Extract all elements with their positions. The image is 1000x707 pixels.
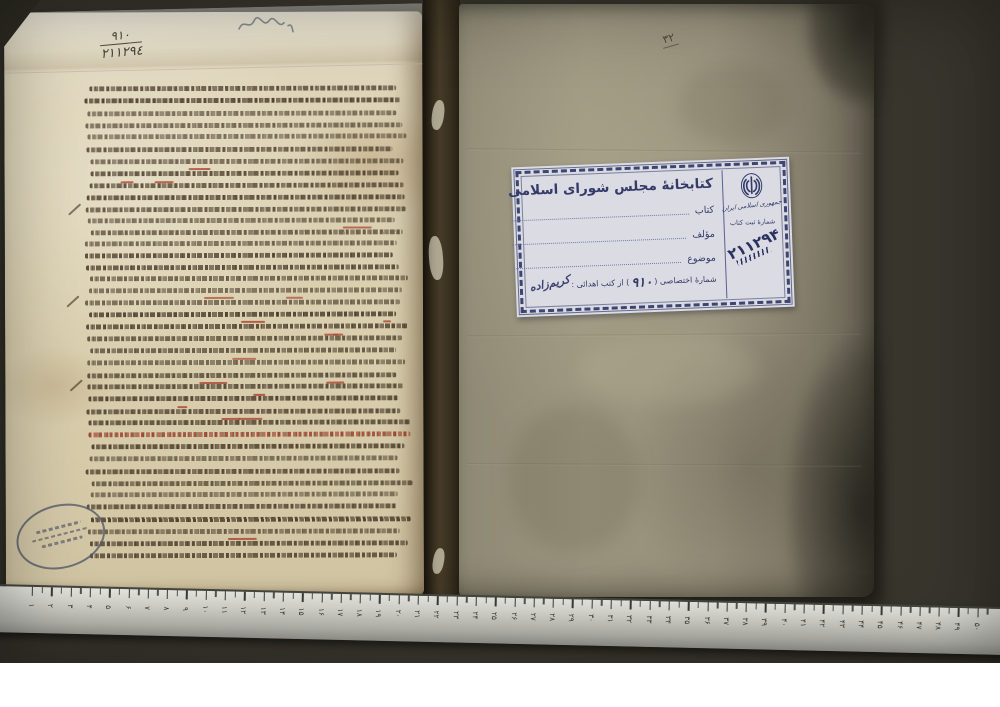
ruler-tick-major [533,598,535,607]
ruler-number: ۴۷ [914,617,923,633]
ruler-tick-major [244,592,246,601]
ruler-tick-major [823,605,825,614]
special-number-suffix: ) از کتب اهدائی : [571,278,629,289]
ruler-tick-minor [331,594,333,600]
manuscript-text-line [90,183,403,189]
ruler-tick-major [688,602,690,611]
manuscript-text-line [89,287,402,293]
special-number-handwritten: ۹۱۰ [631,275,653,291]
ruler-number: ۲۱ [413,606,422,622]
field-label-subject: موضوع [687,253,716,265]
ruler-tick-minor [138,589,140,595]
ruler-tick-minor [871,606,873,612]
rubrication-mark [327,381,345,383]
pencil-scribble [236,14,310,36]
ruler-tick-minor [543,599,545,605]
ruler-number: ۱ [27,597,36,613]
ruler-number: ۳۰ [586,610,595,626]
library-bookplate: جمهوری اسلامی ایران شمارۀ ثبت کتاب ۲۱۱۲۹… [511,157,795,318]
cover-stain [579,334,759,404]
manuscript-text-line [89,85,396,91]
ruler-tick-major [611,600,613,609]
ruler-tick-major [205,591,207,600]
ruler-number: ۴۴ [857,616,866,632]
ruler-tick-minor [196,591,198,597]
ruler-tick-major [32,587,34,596]
ruler-tick-major [456,597,458,606]
manuscript-text-line [86,323,407,329]
manuscript-text-line [88,134,407,140]
ruler-number: ۳۶ [702,613,711,629]
special-number-line: شمارۀ اختصاصی ( ۹۱۰ ) از کتب اهدائی : کر… [511,272,716,295]
manuscript-text-line [90,492,397,498]
dotted-fill-line [513,261,681,269]
ruler-number: ۸ [162,600,171,616]
cover-stain [679,64,789,144]
spine-paper-scrap [431,547,446,575]
register-number-caption: شمارۀ ثبت کتاب [730,217,775,227]
rubrication-mark [241,321,265,323]
ruler-number: ۵ [104,599,113,615]
ruler-number: ۲۷ [529,609,538,625]
ruler-number: ۲۴ [471,607,480,623]
ruler-tick-minor [447,596,449,602]
ruler-tick-minor [582,599,584,605]
ruler-number: ۳۱ [606,610,615,626]
ruler-tick-major [340,594,342,603]
ruler-tick-minor [312,593,314,599]
ruler-number: ۴۳ [837,616,846,632]
ruler-number: ۱۰ [200,601,209,617]
spine-paper-scrap [430,99,446,130]
manuscript-text-line [90,348,396,354]
field-label-author: مؤلف [692,229,715,241]
ruler-tick-minor [948,608,950,614]
field-row-author: مؤلف [510,228,715,248]
ruler-number: ۴۹ [953,618,962,634]
donor-name-handwritten: کریم‌زاده [528,273,571,294]
ruler-number: ۳۳ [644,611,653,627]
ruler-tick-minor [292,593,294,599]
manuscript-text-line [92,480,413,486]
ruler-tick-minor [427,596,429,602]
ruler-tick-minor [254,592,256,598]
ruler-number: ۳۲ [625,611,634,627]
ruler-tick-minor [369,595,371,601]
library-stamp [9,494,112,578]
manuscript-text-line [90,552,396,558]
ruler-tick-major [225,591,227,600]
library-title: کتابخانۀ مجلس شورای اسلامی [508,176,713,200]
ruler-tick-major [109,589,111,598]
manuscript-text-line [90,170,398,176]
ruler-tick-minor [408,595,410,601]
ruler-tick-major [553,599,555,608]
manuscript-text-line [87,360,404,366]
ruler-tick-major [804,604,806,613]
ruler-tick-minor [119,589,121,595]
ruler-tick-major [649,601,651,610]
manuscript-text-line [86,206,405,212]
manuscript-text-line [88,528,400,534]
ruler-tick-minor [234,592,236,598]
handwritten-shelf-numbers: ٩١٠ ٢١١٢٩٤ [99,26,144,63]
bookplate-content: جمهوری اسلامی ایران شمارۀ ثبت کتاب ۲۱۱۲۹… [523,168,784,306]
ruler-tick-minor [987,609,989,615]
ruler-number: ۳۴ [664,612,673,628]
ruler-number: ۳۵ [683,612,692,628]
ruler-tick-minor [794,604,796,610]
manuscript-text-line [85,299,400,305]
ruler-number: ۶ [123,599,132,615]
ruler-tick-major [148,590,150,599]
ruler-tick-minor [755,603,757,609]
ruler-number: ۴۵ [876,617,885,633]
manuscript-text-line [90,540,409,546]
ruler-tick-minor [80,588,82,594]
ruler-tick-minor [620,600,622,606]
ruler-tick-minor [61,588,63,594]
manuscript-text-line [88,384,403,390]
manuscript-text-line [89,311,396,317]
ruler-tick-major [495,597,497,606]
ruler-tick-minor [177,590,179,596]
ruler-number: ۷ [143,600,152,616]
ruler-tick-major [939,607,941,616]
cover-crease [467,148,861,153]
ruler-number: ۴ [85,599,94,615]
cover-damage-top-right [784,0,884,136]
marginal-note [68,203,81,215]
manuscript-text-line [85,241,397,247]
ruler-tick-minor [678,602,680,608]
ruler-number: ۱۷ [336,604,345,620]
manuscript-text-line [88,372,397,378]
field-label-book: کتاب [695,205,715,217]
rubrication-mark [199,382,227,384]
handwritten-cover-number: ٣٢ [659,30,678,49]
marginal-note [66,295,79,307]
country-name: جمهوری اسلامی ایران [722,197,782,213]
ruler-tick-minor [890,606,892,612]
manuscript-text-line [87,504,397,510]
ruler-number: ۴۰ [779,614,788,630]
manuscript-page: ٩١٠ ٢١١٢٩٤ [4,11,424,596]
ruler-tick-minor [485,597,487,603]
ruler-tick-major [437,596,439,605]
manuscript-text-line [87,110,396,116]
ruler-tick-minor [157,590,159,596]
ruler-tick-minor [41,587,43,593]
ruler-tick-minor [833,605,835,611]
manuscript-text-line [91,516,410,522]
ruler-tick-major [784,604,786,613]
ruler-tick-major [630,600,632,609]
rubrication-mark [343,227,372,229]
ruler-number: ۳۷ [721,613,730,629]
ruler-tick-major [167,590,169,599]
ruler-number: ۴۶ [895,617,904,633]
dotted-fill-line [512,237,686,246]
manuscript-text-line [89,419,411,425]
ruler-tick-minor [929,607,931,613]
ruler-number: ۱۸ [355,605,364,621]
ruler-tick-major [726,603,728,612]
ruler-number: ۲۸ [548,609,557,625]
ruler-tick-minor [697,602,699,608]
rubrication-mark [286,297,302,299]
ruler-tick-major [881,606,883,615]
rubrication-mark [239,417,262,419]
ruler-tick-major [51,587,53,596]
ruler-tick-major [572,599,574,608]
manuscript-text-line [88,218,395,224]
manuscript-text-line [86,468,400,474]
ruler-number: ۱۵ [297,603,306,619]
ruler-number: ۱۶ [316,604,325,620]
ruler-number: ۱۹ [374,605,383,621]
rubrication-mark [233,358,256,360]
manuscript-text-line [85,252,393,258]
manuscript-text-line [87,336,402,342]
ruler-tick-minor [910,607,912,613]
ruler-tick-minor [350,594,352,600]
ruler-tick-minor [775,604,777,610]
ruler-number: ۱۲ [239,602,248,618]
ruler-tick-major [418,596,420,605]
ruler-tick-major [919,607,921,616]
ruler-tick-minor [99,588,101,594]
manuscript-text-line [90,229,402,235]
ruler-tick-major [90,588,92,597]
ruler-tick-major [283,593,285,602]
rubrication-mark [155,181,173,183]
ruler-tick-major [263,592,265,601]
rubrication-mark [228,538,256,540]
ruler-number: ۳۸ [741,614,750,630]
ruler-tick-minor [601,600,603,606]
bookplate-main-column: کتابخانۀ مجلس شورای اسلامی کتاب مؤلف موض… [502,170,727,306]
manuscript-text-line [85,122,402,128]
manuscript-text-line [86,408,400,414]
ruler-tick-minor [659,601,661,607]
manuscript-text-line [85,97,401,103]
ruler-tick-minor [505,598,507,604]
ruler-tick-major [321,593,323,602]
ruler-tick-major [746,603,748,612]
field-row-subject: موضوع [511,252,716,272]
manuscript-text-line [87,194,405,200]
ruler-number: ۳ [65,598,74,614]
stamp-oval-border [9,494,112,578]
accession-number: ٢١١٢٩٤ [100,41,143,63]
manuscript-photo: ٩١٠ ٢١١٢٩٤ ٣٢ [0,0,1000,663]
ruler-tick-major [128,589,130,598]
ruler-tick-major [476,597,478,606]
manuscript-text-block [84,85,408,558]
manuscript-text-line [86,146,392,152]
field-row-book: کتاب [509,204,714,224]
ruler-tick-major [977,608,979,617]
ruler-tick-minor [852,606,854,612]
manuscript-text-line [88,395,398,401]
ruler-tick-major [591,600,593,609]
book-spine [423,0,460,601]
ruler-number: ۲۰ [393,606,402,622]
ruler-number: ۱۳ [258,603,267,619]
ruler-tick-major [958,608,960,617]
manuscript-text-line [91,158,404,164]
ruler-tick-minor [524,598,526,604]
ruler-number: ۲۳ [451,607,460,623]
ruler-tick-major [765,604,767,613]
ruler-tick-major [707,602,709,611]
manuscript-text-line [86,264,399,270]
rubrication-mark [204,297,234,299]
ruler-tick-minor [215,591,217,597]
ruler-tick-major [861,606,863,615]
ruler-tick-major [842,605,844,614]
manuscript-text-line [90,275,408,281]
ruler-number: ۵۰ [972,619,981,635]
cover-stain [509,404,639,554]
page-fold-crease [4,3,422,73]
manuscript-text-line [88,432,410,438]
ruler-tick-major [186,590,188,599]
ruler-tick-major [900,607,902,616]
ruler-number: ۲۹ [567,610,576,626]
manuscript-text-line [89,456,397,462]
spine-paper-scrap [427,236,444,281]
rubrication-mark [177,406,187,408]
rubrication-mark [324,333,338,335]
ruler-tick-major [398,595,400,604]
rubrication-mark [188,168,210,170]
ruler-number: ۴۱ [799,615,808,631]
ruler-number: ۴۸ [934,618,943,634]
rubrication-mark [253,393,265,395]
rubrication-mark [221,417,240,419]
ruler-tick-major [514,598,516,607]
rubrication-mark [121,181,134,183]
rubrication-mark [383,321,391,323]
ruler-tick-minor [717,602,719,608]
ruler-tick-major [70,588,72,597]
special-number-prefix: شمارۀ اختصاصی ( [654,275,717,286]
iran-emblem-icon [739,172,763,200]
ruler-number: ۲۲ [432,606,441,622]
ruler-tick-minor [273,592,275,598]
ruler-number: ۲۵ [490,608,499,624]
manuscript-text-line [91,444,404,450]
ruler-tick-major [302,593,304,602]
book-cover: ٣٢ [459,4,874,597]
marginal-note [70,379,83,391]
ruler-number: ۱۱ [220,602,229,618]
ruler-number: ۲ [46,598,55,614]
ruler-number: ۳۹ [760,614,769,630]
ruler-tick-minor [389,595,391,601]
ruler-tick-minor [466,597,468,603]
ruler-tick-minor [813,605,815,611]
ruler-tick-minor [736,603,738,609]
ruler-tick-minor [968,608,970,614]
ruler-number: ۲۶ [509,608,518,624]
ruler-tick-major [668,601,670,610]
ruler-tick-minor [640,601,642,607]
ruler-tick-major [360,594,362,603]
ruler-tick-minor [562,599,564,605]
ruler-number: ۹ [181,601,190,617]
ruler-number: ۴۲ [818,615,827,631]
bookplate-side-column: جمهوری اسلامی ایران شمارۀ ثبت کتاب ۲۱۱۲۹… [721,168,783,298]
ruler-tick-major [379,595,381,604]
dotted-fill-line [511,213,689,222]
ruler-number: ۱۴ [278,603,287,619]
